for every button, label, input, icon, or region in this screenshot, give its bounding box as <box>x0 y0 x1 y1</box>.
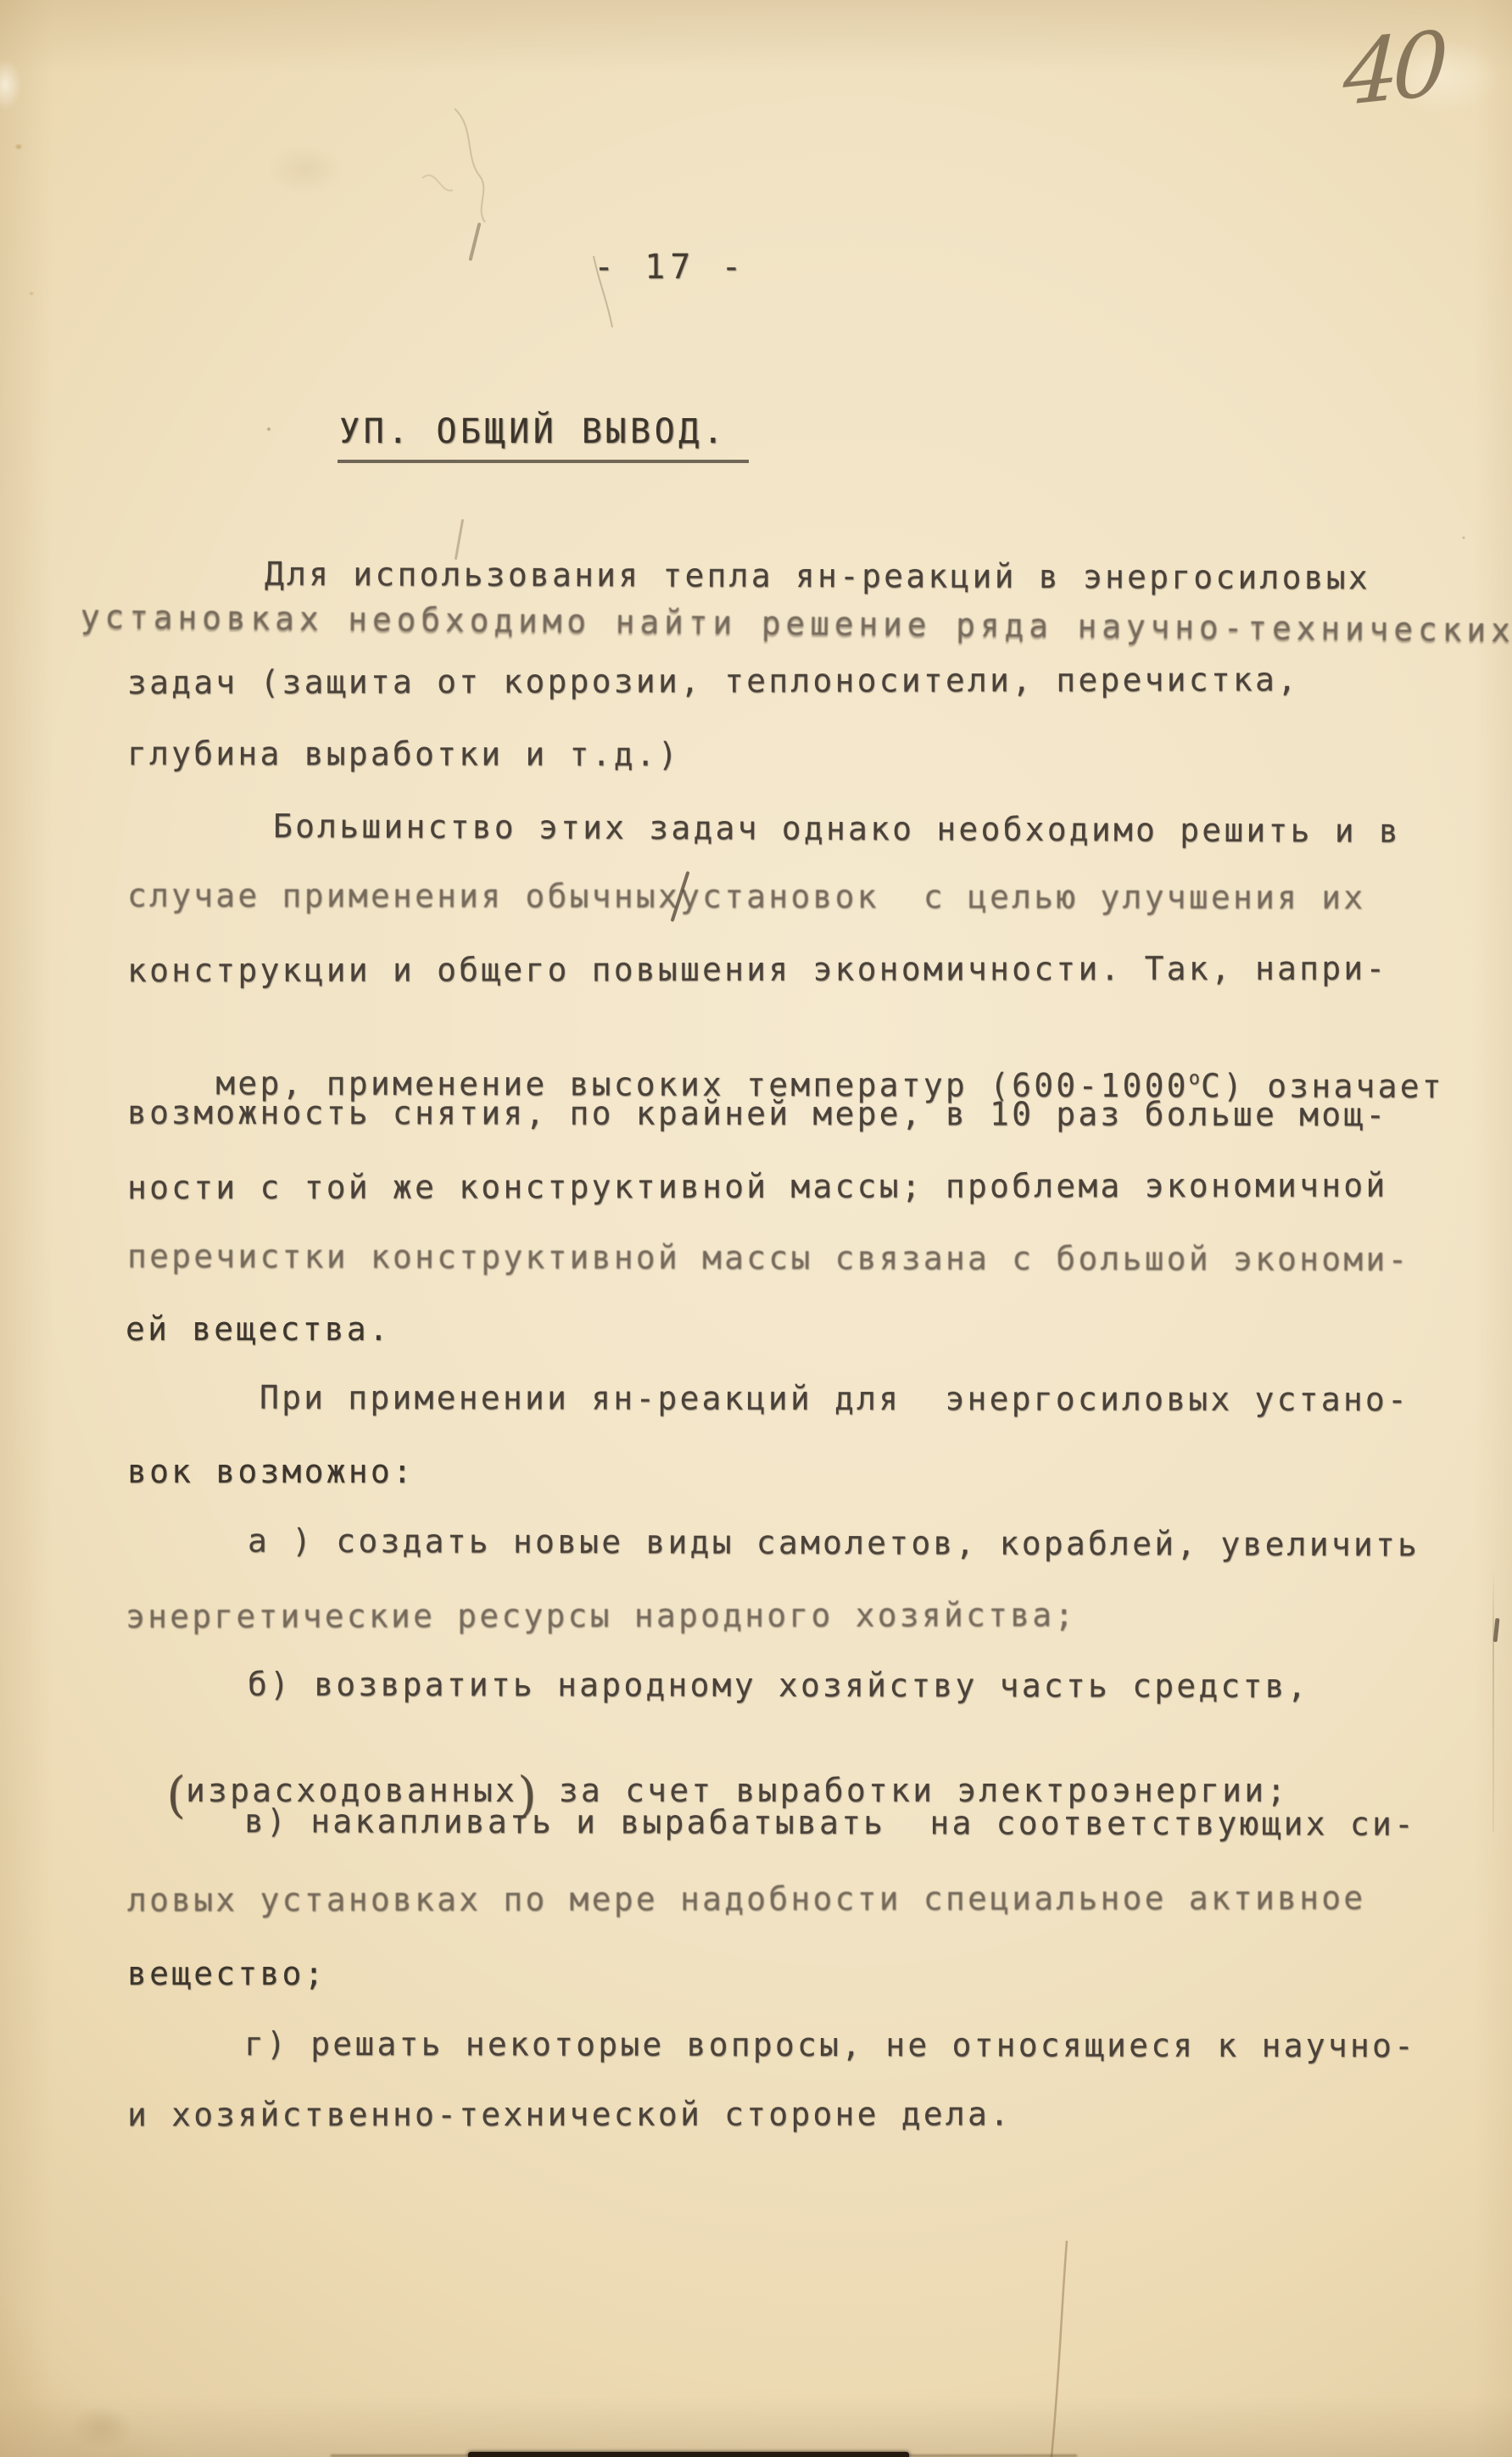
section-heading: УП. ОБЩИЙ ВЫВОД. <box>338 412 749 463</box>
scan-bottom-edge <box>468 2452 909 2457</box>
text-line: и хозяйственно-технической стороне дела. <box>127 2095 1012 2135</box>
text-line: б) возвратить народному хозяйству часть … <box>248 1665 1309 1706</box>
handwritten-archive-number: 40 <box>1342 11 1443 126</box>
text-line: возможность снятия, по крайней мере, в 1… <box>127 1093 1388 1135</box>
text-line: глубина выработки и т.д.) <box>127 734 680 773</box>
pencil-squiggle <box>455 109 485 222</box>
typed-page-number: - 17 - <box>594 248 747 287</box>
text-line: вок возможно: <box>127 1452 415 1491</box>
text-line: ловых установках по мере надобности спец… <box>127 1879 1365 1920</box>
text-line: г) решать некоторые вопросы, не относящи… <box>244 2024 1416 2065</box>
superscript-degree: о <box>1189 1068 1201 1089</box>
text-line: перечистки конструктивной массы связана … <box>127 1237 1410 1279</box>
handwritten-open-paren: ( <box>166 1766 186 1823</box>
paper-crease-right <box>1492 1567 1494 1832</box>
text-line: конструкции и общего повышения экономичн… <box>127 949 1388 991</box>
text-line: вещество; <box>127 1954 326 1993</box>
text-line: а ) создать новые виды самолетов, корабл… <box>248 1522 1420 1565</box>
scanned-document-page: 40 - 17 - УП. ОБЩИЙ ВЫВОД. Для использов… <box>0 0 1512 2457</box>
paper-crease-bottom <box>1052 2241 1067 2457</box>
text-line: в) накапливать и вырабатывать на соответ… <box>244 1801 1416 1844</box>
text-line: случае применения обычныхустановок с цел… <box>127 876 1365 918</box>
pencil-squiggle <box>422 176 453 191</box>
paper-texture-overlay <box>0 0 1512 2457</box>
text-line: Большинство этих задач однако необходимо… <box>273 807 1401 851</box>
text-line: ности с той же конструктивной массы; про… <box>127 1166 1388 1208</box>
pencil-tick <box>455 519 464 560</box>
text-line: энергетические ресурсы народного хозяйст… <box>126 1595 1076 1636</box>
text-line: установках необходимо найти решение ряда… <box>81 597 1512 650</box>
text-line: При применении ян-реакций для энергосило… <box>259 1378 1409 1419</box>
text-line: задач (защита от коррозии, теплоносители… <box>127 660 1299 702</box>
paper-artifacts <box>0 0 1512 2457</box>
text-line: ей вещества. <box>126 1309 391 1349</box>
text-line: Для использования тепла ян-реакций в эне… <box>265 555 1370 598</box>
pencil-tick <box>468 222 481 261</box>
